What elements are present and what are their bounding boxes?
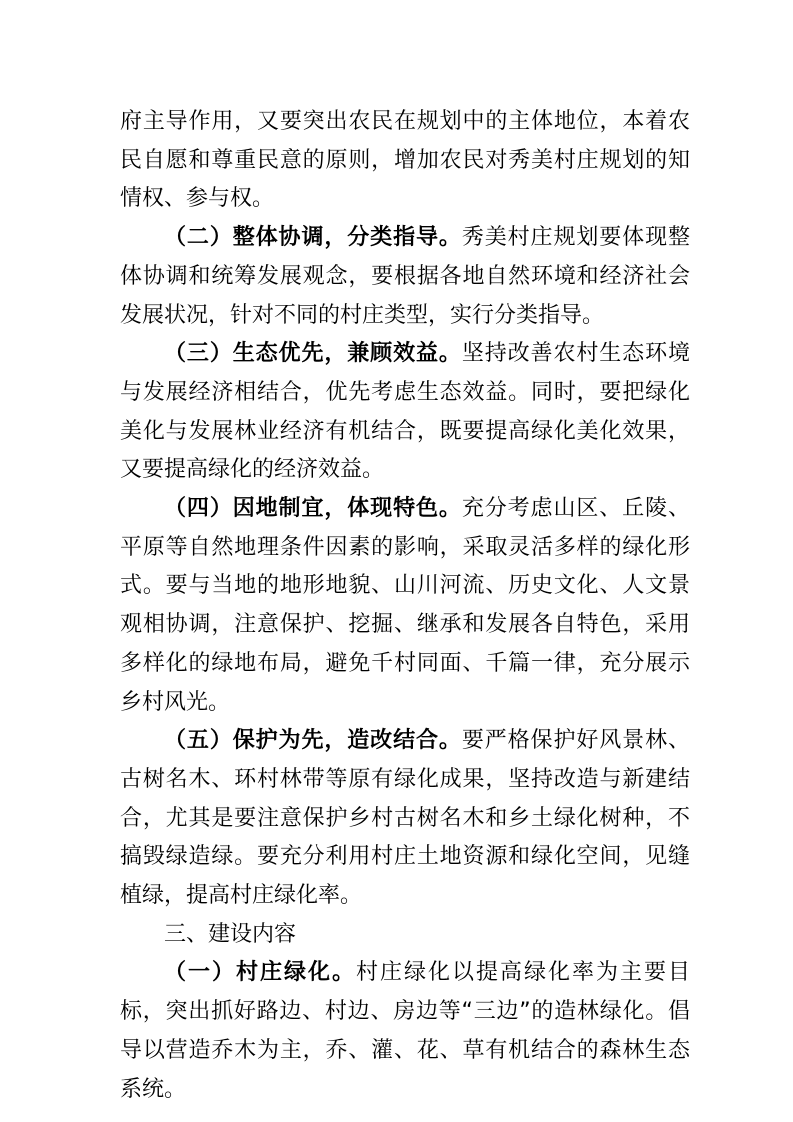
paragraph-heading: （三）生态优先，兼顾效益。 <box>164 341 462 366</box>
document-page: 府主导作用，又要突出农民在规划中的主体地位，本着农民自愿和尊重民意的原则，增加农… <box>0 0 793 1122</box>
paragraph: （二）整体协调，分类指导。秀美村庄规划要体现整体协调和统筹发展观念，要根据各地自… <box>120 219 690 335</box>
paragraph-heading: （五）保护为先，造改结合。 <box>164 728 462 753</box>
section-heading: 三、建设内容 <box>120 916 690 955</box>
paragraph-text: 府主导作用，又要突出农民在规划中的主体地位，本着农民自愿和尊重民意的原则，增加农… <box>120 109 690 211</box>
paragraph: （四）因地制宜，体现特色。充分考虑山区、丘陵、平原等自然地理条件因素的影响，采取… <box>120 490 690 722</box>
paragraph-heading: （四）因地制宜，体现特色。 <box>164 496 462 521</box>
paragraph: （三）生态优先，兼顾效益。坚持改善农村生态环境与发展经济相结合，优先考虑生态效益… <box>120 335 690 490</box>
paragraph-text: 要严格保护好风景林、古树名木、环村林带等原有绿化成果，坚持改造与新建结合，尤其是… <box>120 728 690 908</box>
paragraph-text: 三、建设内容 <box>164 922 296 947</box>
paragraph: 府主导作用，又要突出农民在规划中的主体地位，本着农民自愿和尊重民意的原则，增加农… <box>120 103 690 219</box>
paragraph: （五）保护为先，造改结合。要严格保护好风景林、古树名木、环村林带等原有绿化成果，… <box>120 722 690 916</box>
document-body: 府主导作用，又要突出农民在规划中的主体地位，本着农民自愿和尊重民意的原则，增加农… <box>120 103 690 1109</box>
paragraph: （一）村庄绿化。村庄绿化以提高绿化率为主要目标，突出抓好路边、村边、房边等“三边… <box>120 954 690 1109</box>
paragraph-heading: （一）村庄绿化。 <box>164 960 356 985</box>
paragraph-heading: （二）整体协调，分类指导。 <box>164 225 462 250</box>
paragraph-text: 充分考虑山区、丘陵、平原等自然地理条件因素的影响，采取灵活多样的绿化形式。要与当… <box>120 496 690 715</box>
